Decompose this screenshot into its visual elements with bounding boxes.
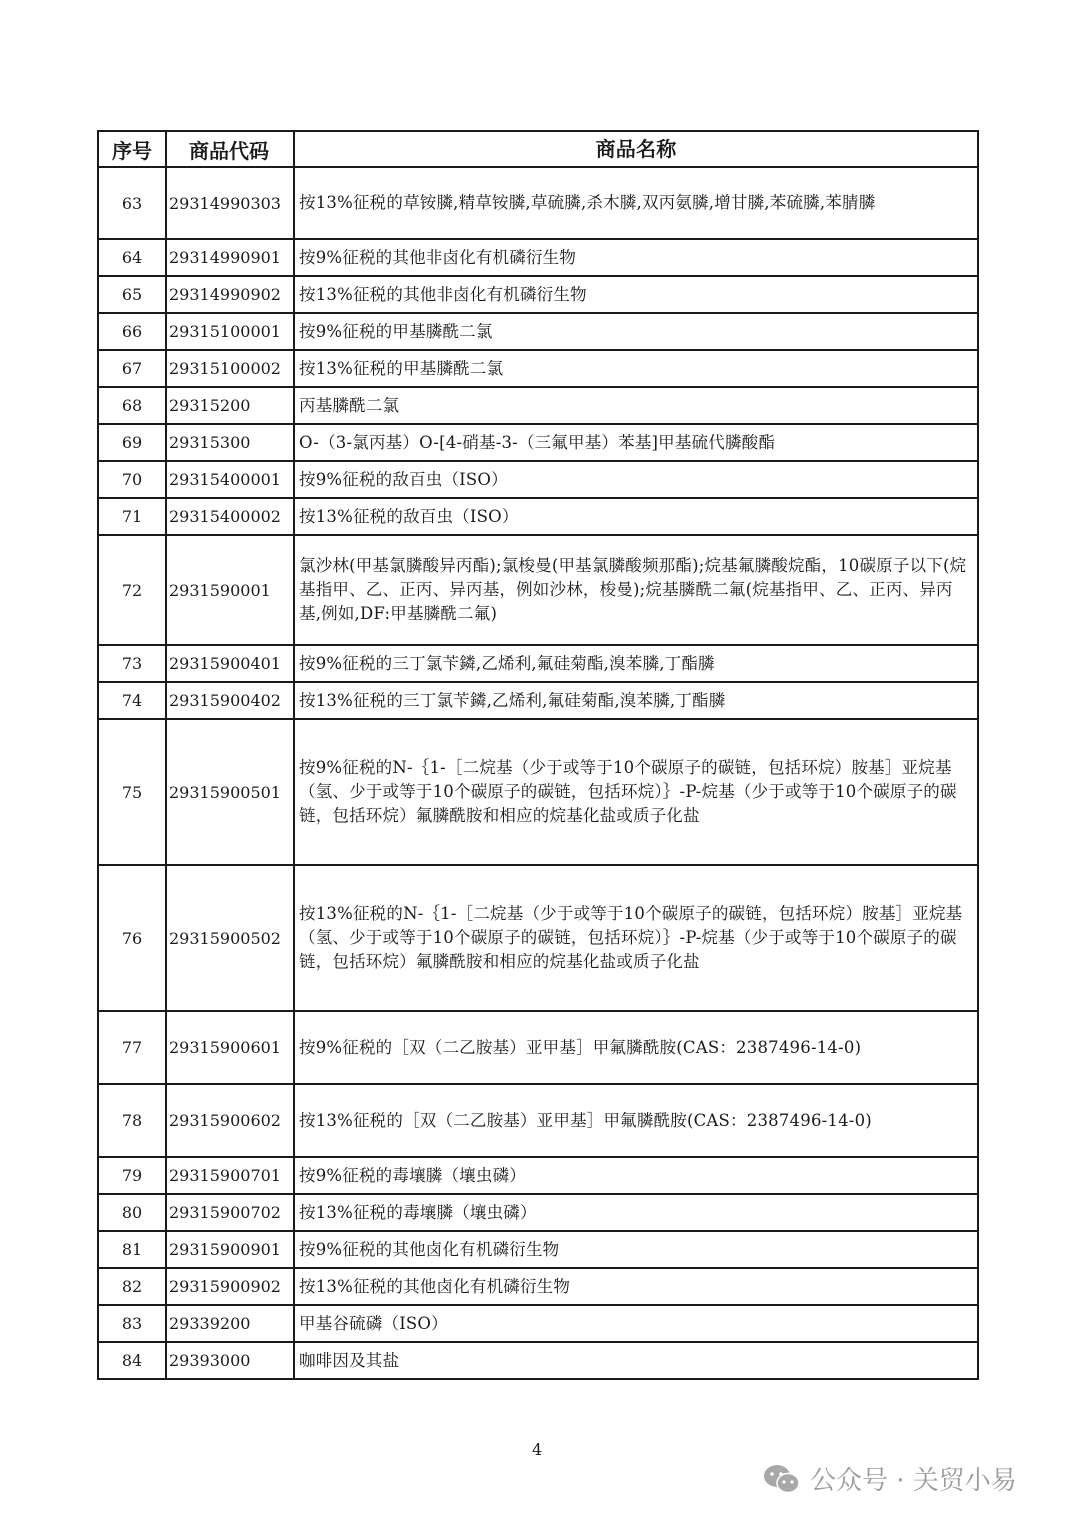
row-name: 氯沙林(甲基氯膦酸异丙酯);氯梭曼(甲基氯膦酸频那酯);烷基氟膦酸烷酯，10碳原…: [294, 535, 978, 645]
row-no: 64: [98, 239, 166, 276]
row-name: 按13%征税的［双（二乙胺基）亚甲基］甲氟膦酰胺(CAS：2387496-14-…: [294, 1084, 978, 1157]
row-code: 29315900902: [166, 1268, 294, 1305]
row-no: 72: [98, 535, 166, 645]
header-name: 商品名称: [294, 131, 978, 167]
row-name: 按9%征税的甲基膦酰二氯: [294, 313, 978, 350]
row-no: 67: [98, 350, 166, 387]
watermark-text: 公众号 · 关贸小易: [810, 1460, 1017, 1497]
row-name: 按13%征税的N-｛1-［二烷基（少于或等于10个碳原子的碳链，包括环烷）胺基］…: [294, 865, 978, 1011]
row-code: 29393000: [166, 1342, 294, 1379]
row-name: O-（3-氯丙基）O-[4-硝基-3-（三氟甲基）苯基]甲基硫代膦酸酯: [294, 424, 978, 461]
row-code: 29315900602: [166, 1084, 294, 1157]
row-name: 甲基谷硫磷（ISO）: [294, 1305, 978, 1342]
row-no: 69: [98, 424, 166, 461]
table-row: 6429314990901按9%征税的其他非卤化有机磷衍生物: [98, 239, 978, 276]
wechat-icon: [762, 1463, 802, 1495]
row-code: 29315200: [166, 387, 294, 424]
row-name: 按9%征税的其他卤化有机磷衍生物: [294, 1231, 978, 1268]
row-no: 65: [98, 276, 166, 313]
row-code: 29315900701: [166, 1157, 294, 1194]
row-name: 按9%征税的三丁氯苄鏻,乙烯利,氟硅菊酯,溴苯膦,丁酯膦: [294, 645, 978, 682]
row-code: 29339200: [166, 1305, 294, 1342]
table-row: 8329339200甲基谷硫磷（ISO）: [98, 1305, 978, 1342]
table-row: 7629315900502按13%征税的N-｛1-［二烷基（少于或等于10个碳原…: [98, 865, 978, 1011]
row-code: 29315100002: [166, 350, 294, 387]
row-name: 按9%征税的毒壤膦（壤虫磷）: [294, 1157, 978, 1194]
table-row: 6329314990303按13%征税的草铵膦,精草铵膦,草硫膦,杀木膦,双丙氨…: [98, 167, 978, 239]
row-code: 29315900401: [166, 645, 294, 682]
row-name: 按13%征税的毒壤膦（壤虫磷）: [294, 1194, 978, 1231]
row-no: 75: [98, 719, 166, 865]
table-row: 6829315200丙基膦酰二氯: [98, 387, 978, 424]
table-row: 8229315900902按13%征税的其他卤化有机磷衍生物: [98, 1268, 978, 1305]
row-code: 29315400001: [166, 461, 294, 498]
row-no: 80: [98, 1194, 166, 1231]
table-row: 7329315900401按9%征税的三丁氯苄鏻,乙烯利,氟硅菊酯,溴苯膦,丁酯…: [98, 645, 978, 682]
table-row: 6529314990902按13%征税的其他非卤化有机磷衍生物: [98, 276, 978, 313]
row-name: 按13%征税的三丁氯苄鏻,乙烯利,氟硅菊酯,溴苯膦,丁酯膦: [294, 682, 978, 719]
table-header-row: 序号 商品代码 商品名称: [98, 131, 978, 167]
row-no: 82: [98, 1268, 166, 1305]
row-code: 29315900501: [166, 719, 294, 865]
row-name: 按13%征税的其他非卤化有机磷衍生物: [294, 276, 978, 313]
row-name: 按9%征税的其他非卤化有机磷衍生物: [294, 239, 978, 276]
row-no: 78: [98, 1084, 166, 1157]
row-code: 29315900601: [166, 1011, 294, 1084]
row-code: 29315400002: [166, 498, 294, 535]
watermark: 公众号 · 关贸小易: [762, 1460, 1017, 1497]
table-body: 6329314990303按13%征税的草铵膦,精草铵膦,草硫膦,杀木膦,双丙氨…: [98, 167, 978, 1379]
table-row: 7029315400001按9%征税的敌百虫（ISO）: [98, 461, 978, 498]
row-name: 按13%征税的敌百虫（ISO）: [294, 498, 978, 535]
row-name: 按13%征税的其他卤化有机磷衍生物: [294, 1268, 978, 1305]
row-name: 按13%征税的草铵膦,精草铵膦,草硫膦,杀木膦,双丙氨膦,增甘膦,苯硫膦,苯腈膦: [294, 167, 978, 239]
row-code: 29314990902: [166, 276, 294, 313]
table-row: 7429315900402按13%征税的三丁氯苄鏻,乙烯利,氟硅菊酯,溴苯膦,丁…: [98, 682, 978, 719]
row-code: 2931590001: [166, 535, 294, 645]
table-row: 7829315900602按13%征税的［双（二乙胺基）亚甲基］甲氟膦酰胺(CA…: [98, 1084, 978, 1157]
row-no: 70: [98, 461, 166, 498]
page-number: 4: [532, 1440, 542, 1459]
header-no: 序号: [98, 131, 166, 167]
table-row: 7129315400002按13%征税的敌百虫（ISO）: [98, 498, 978, 535]
row-no: 81: [98, 1231, 166, 1268]
row-no: 66: [98, 313, 166, 350]
row-name: 按13%征税的甲基膦酰二氯: [294, 350, 978, 387]
table-row: 8029315900702按13%征税的毒壤膦（壤虫磷）: [98, 1194, 978, 1231]
row-no: 74: [98, 682, 166, 719]
row-no: 71: [98, 498, 166, 535]
row-no: 83: [98, 1305, 166, 1342]
table-row: 8129315900901按9%征税的其他卤化有机磷衍生物: [98, 1231, 978, 1268]
table-row: 8429393000咖啡因及其盐: [98, 1342, 978, 1379]
commodity-table: 序号 商品代码 商品名称 6329314990303按13%征税的草铵膦,精草铵…: [97, 130, 979, 1380]
row-no: 77: [98, 1011, 166, 1084]
table-row: 6929315300O-（3-氯丙基）O-[4-硝基-3-（三氟甲基）苯基]甲基…: [98, 424, 978, 461]
row-no: 68: [98, 387, 166, 424]
row-no: 73: [98, 645, 166, 682]
row-code: 29315100001: [166, 313, 294, 350]
row-code: 29315900502: [166, 865, 294, 1011]
row-code: 29315900402: [166, 682, 294, 719]
header-code: 商品代码: [166, 131, 294, 167]
row-no: 76: [98, 865, 166, 1011]
row-name: 按9%征税的敌百虫（ISO）: [294, 461, 978, 498]
row-name: 丙基膦酰二氯: [294, 387, 978, 424]
table-row: 6629315100001按9%征税的甲基膦酰二氯: [98, 313, 978, 350]
table-row: 7929315900701按9%征税的毒壤膦（壤虫磷）: [98, 1157, 978, 1194]
row-code: 29315900702: [166, 1194, 294, 1231]
row-no: 79: [98, 1157, 166, 1194]
row-code: 29315900901: [166, 1231, 294, 1268]
row-name: 按9%征税的［双（二乙胺基）亚甲基］甲氟膦酰胺(CAS：2387496-14-0…: [294, 1011, 978, 1084]
table-row: 7729315900601按9%征税的［双（二乙胺基）亚甲基］甲氟膦酰胺(CAS…: [98, 1011, 978, 1084]
row-name: 咖啡因及其盐: [294, 1342, 978, 1379]
row-code: 29314990901: [166, 239, 294, 276]
row-no: 63: [98, 167, 166, 239]
row-no: 84: [98, 1342, 166, 1379]
table-row: 722931590001氯沙林(甲基氯膦酸异丙酯);氯梭曼(甲基氯膦酸频那酯);…: [98, 535, 978, 645]
row-code: 29315300: [166, 424, 294, 461]
table-row: 6729315100002按13%征税的甲基膦酰二氯: [98, 350, 978, 387]
table-row: 7529315900501按9%征税的N-｛1-［二烷基（少于或等于10个碳原子…: [98, 719, 978, 865]
row-name: 按9%征税的N-｛1-［二烷基（少于或等于10个碳原子的碳链，包括环烷）胺基］亚…: [294, 719, 978, 865]
row-code: 29314990303: [166, 167, 294, 239]
